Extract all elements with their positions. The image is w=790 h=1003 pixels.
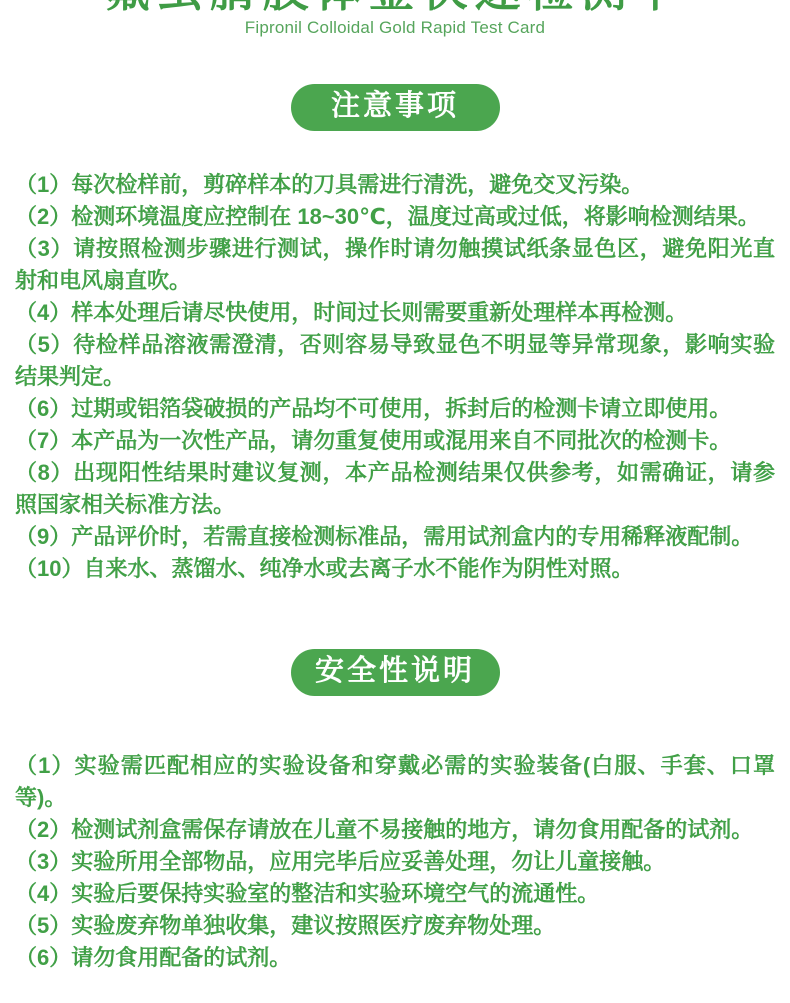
list-item: （2）检测试剂盒需保存请放在儿童不易接触的地方，请勿食用配备的试剂。 <box>15 814 775 846</box>
list-item: （5）实验废弃物单独收集，建议按照医疗废弃物处理。 <box>15 910 775 942</box>
list-item: （10）自来水、蒸馏水、纯净水或去离子水不能作为阴性对照。 <box>15 553 775 585</box>
list-item: （1）每次检样前，剪碎样本的刀具需进行清洗，避免交叉污染。 <box>15 169 775 201</box>
notice-banner-row: 注意事项 <box>0 84 790 131</box>
list-item: （3）请按照检测步骤进行测试，操作时请勿触摸试纸条显色区，避免阳光直射和电风扇直… <box>15 233 775 297</box>
list-item: （6）过期或铝箔袋破损的产品均不可使用，拆封后的检测卡请立即使用。 <box>15 393 775 425</box>
safety-banner-row: 安全性说明 <box>0 649 790 696</box>
list-item: （7）本产品为一次性产品，请勿重复使用或混用来自不同批次的检测卡。 <box>15 425 775 457</box>
page-title-clipped: 氟虫腈胶体金快速检测卡 <box>0 0 790 14</box>
list-item: （4）样本处理后请尽快使用，时间过长则需要重新处理样本再检测。 <box>15 297 775 329</box>
list-item: （3）实验所用全部物品，应用完毕后应妥善处理，勿让儿童接触。 <box>15 846 775 878</box>
list-item: （2）检测环境温度应控制在 18~30℃，温度过高或过低，将影响检测结果。 <box>15 201 775 233</box>
notice-section-banner: 注意事项 <box>291 84 500 131</box>
page-title-cn: 氟虫腈胶体金快速检测卡 <box>0 0 790 13</box>
list-item: （6）请勿食用配备的试剂。 <box>15 942 775 974</box>
product-instruction-page: 氟虫腈胶体金快速检测卡 Fipronil Colloidal Gold Rapi… <box>0 0 790 1003</box>
list-item: （5）待检样品溶液需澄清，否则容易导致显色不明显等异常现象，影响实验结果判定。 <box>15 329 775 393</box>
safety-list: （1）实验需匹配相应的实验设备和穿戴必需的实验装备(白服、手套、口罩等)。（2）… <box>0 750 790 974</box>
notice-list: （1）每次检样前，剪碎样本的刀具需进行清洗，避免交叉污染。（2）检测环境温度应控… <box>0 169 790 585</box>
page-title-en: Fipronil Colloidal Gold Rapid Test Card <box>0 18 790 38</box>
list-item: （8）出现阳性结果时建议复测，本产品检测结果仅供参考，如需确证，请参照国家相关标… <box>15 457 775 521</box>
safety-section-banner: 安全性说明 <box>291 649 500 696</box>
list-item: （1）实验需匹配相应的实验设备和穿戴必需的实验装备(白服、手套、口罩等)。 <box>15 750 775 814</box>
list-item: （9）产品评价时，若需直接检测标准品，需用试剂盒内的专用稀释液配制。 <box>15 521 775 553</box>
list-item: （4）实验后要保持实验室的整洁和实验环境空气的流通性。 <box>15 878 775 910</box>
